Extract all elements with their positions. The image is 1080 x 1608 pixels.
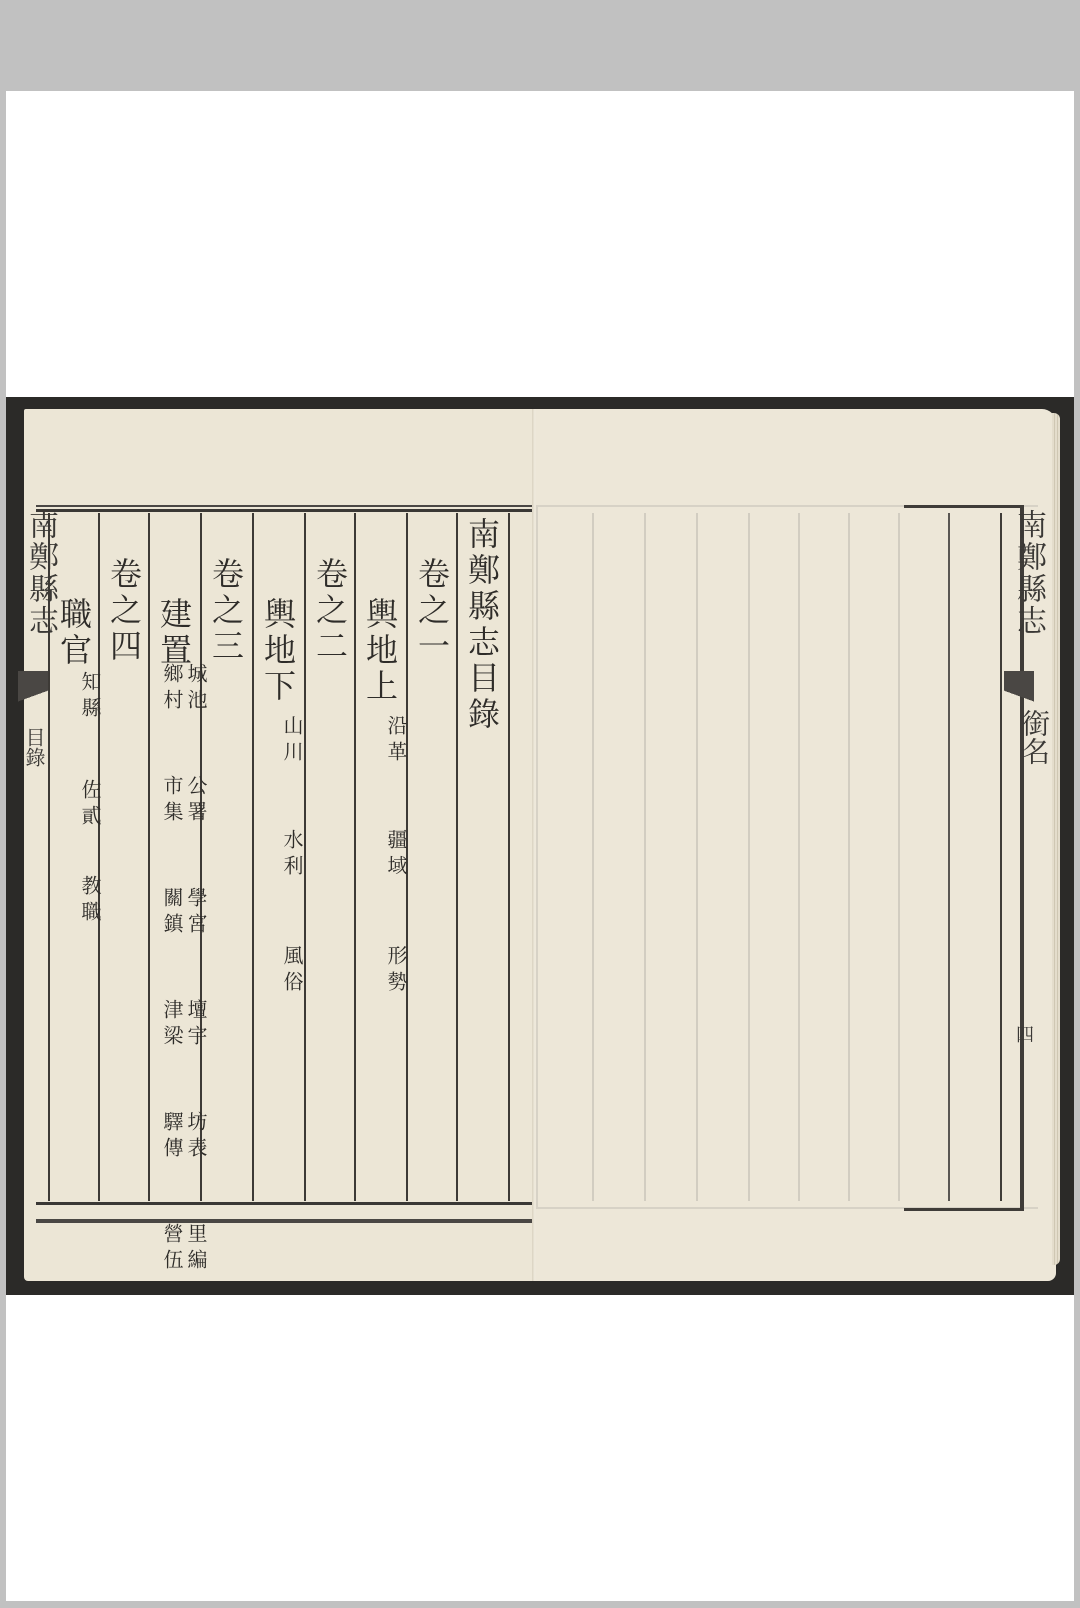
toc-item: 形勢: [376, 945, 416, 997]
toc-item: 沿革: [376, 715, 416, 767]
column-rule: [592, 513, 594, 1201]
column-rule: [644, 513, 646, 1201]
column-rule: [798, 513, 800, 1201]
column-rule: [848, 513, 850, 1201]
column-rule: [252, 513, 254, 1201]
fishtail-mark-icon: [18, 671, 48, 711]
toc-item: 風俗: [272, 945, 312, 997]
toc-item: 水利: [272, 829, 312, 881]
toc-title: 南鄭縣志目錄: [462, 517, 502, 733]
toc-item: 知縣: [70, 671, 110, 723]
toc-subitems-left: 鄉村 市集 關鎮 津梁 驛傳 營伍: [152, 663, 192, 1279]
image-viewer: 南鄭縣志 目錄 南鄭縣志目錄 卷之一 輿地上 沿革 疆域 形勢 卷之二 輿地下 …: [6, 91, 1074, 1601]
folio-number: 四: [1016, 1021, 1034, 1047]
toc-section-heading: 輿地下: [258, 597, 298, 705]
toc-item: 鄉村: [152, 663, 192, 719]
toc-item: 營伍: [152, 1223, 192, 1279]
column-rule: [508, 513, 510, 1201]
margin-section-label: 銜名: [1014, 709, 1054, 765]
toc-item: 驛傳: [152, 1111, 192, 1167]
toc-item: 教職: [70, 875, 110, 927]
column-rule: [898, 513, 900, 1201]
margin-title: 南鄭縣志: [1006, 509, 1050, 637]
left-page: 南鄭縣志 目錄 南鄭縣志目錄 卷之一 輿地上 沿革 疆域 形勢 卷之二 輿地下 …: [24, 409, 534, 1281]
toc-juan-1: 卷之一: [412, 557, 452, 665]
toc-juan-4: 卷之四: [104, 557, 144, 665]
toc-section-heading: 職官: [54, 597, 94, 669]
fishtail-mark-icon: [1004, 671, 1034, 711]
page-edge-stack: [1052, 413, 1060, 1265]
toc-juan-3: 卷之三: [206, 557, 246, 665]
toc-juan-2: 卷之二: [310, 557, 350, 665]
toc-item: 山川: [272, 715, 312, 767]
column-rule: [98, 513, 100, 1201]
toc-section-heading: 輿地上: [360, 597, 400, 705]
column-rule: [354, 513, 356, 1201]
toc-item: 津梁: [152, 999, 192, 1055]
column-rule: [456, 513, 458, 1201]
toc-item: 疆域: [376, 829, 416, 881]
column-rule: [1000, 513, 1002, 1201]
right-page: 南鄭縣志 銜名 四: [536, 409, 1056, 1281]
column-rule: [748, 513, 750, 1201]
column-rule: [948, 513, 950, 1201]
toc-section-heading: 建置: [154, 597, 194, 669]
column-rule: [148, 513, 150, 1201]
column-rule: [696, 513, 698, 1201]
margin-section-label: 目錄: [20, 727, 49, 767]
toc-item: 佐貳: [70, 779, 110, 831]
toc-item: 關鎮: [152, 887, 192, 943]
toc-item: 市集: [152, 775, 192, 831]
book-scan: 南鄭縣志 目錄 南鄭縣志目錄 卷之一 輿地上 沿革 疆域 形勢 卷之二 輿地下 …: [6, 397, 1074, 1295]
